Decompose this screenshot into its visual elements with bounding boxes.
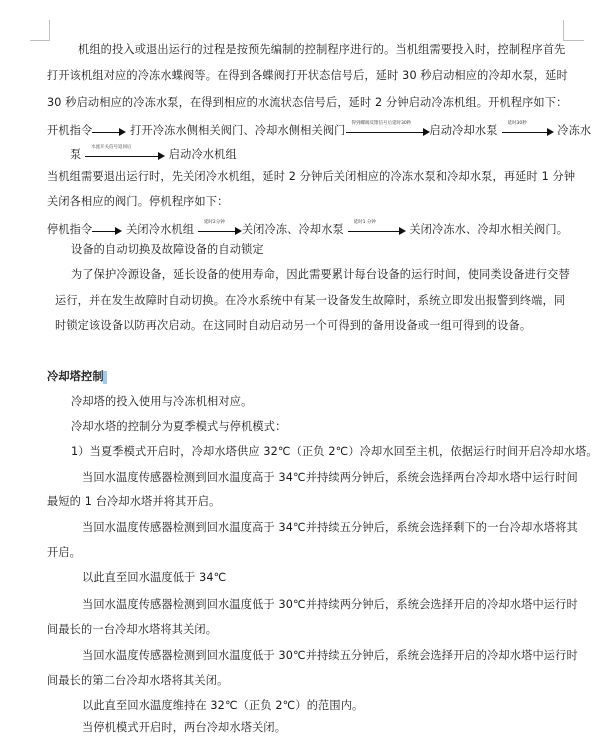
paragraph-line: 间最长的第二台冷却水塔将其关闭。 <box>47 674 228 688</box>
flow-step: 泵 <box>70 148 81 161</box>
paragraph-line: 以此直至回水温度低于 34℃ <box>82 571 226 585</box>
section-subtitle: 设备的自动切换及故障设备的自动锁定 <box>71 243 264 257</box>
shutdown-flow-row: 停机指令 关闭冷水机组 延时2分钟关闭冷冻、冷却水泵 延时1 分钟 关闭冷冻水、… <box>47 219 568 237</box>
flow-arrow-icon: 延时30秒 <box>502 120 554 134</box>
paragraph-line: 当回水温度传感器检测到回水温度低于 30℃并持续两分钟后，系统会选择开启的冷却水… <box>82 598 578 612</box>
paragraph-line: 运行，并在发生故障时自动切换。在冷水系统中有某一设备发生故障时，系统立即发出报警… <box>55 294 565 308</box>
paragraph-line: 关闭各相应的阀门。停机程序如下： <box>47 195 228 209</box>
paragraph-line: 以此直至回水温度维持在 32℃（正负 2℃）的范围内。 <box>82 699 363 713</box>
arrow-label: 水流开关信号返回后 <box>91 141 132 155</box>
paragraph-line: 间最长的一台冷却水塔将其关闭。 <box>47 623 217 637</box>
paragraph-line: 当停机模式开启时，两台冷却水塔关闭。 <box>82 721 286 735</box>
flow-step: 开机指令 <box>47 124 92 137</box>
arrow-label: 延时2分钟 <box>204 216 225 230</box>
paragraph-line: 最短的 1 台冷却水塔并将其开启。 <box>47 495 220 509</box>
flow-arrow-icon <box>92 219 122 233</box>
arrow-label: 延时30秒 <box>508 117 527 131</box>
paragraph-line: 打开该机组对应的冷冻水蝶阀等。在得到各蝶阀打开状态信号后，延时 30 秒启动相应… <box>47 69 568 83</box>
paragraph-line: 当回水温度传感器检测到回水温度高于 34℃并持续五分钟后，系统会选择剩下的一台冷… <box>82 521 578 535</box>
paragraph-line: 30 秒启动相应的冷冻水泵，在得到相应的水流状态信号后，延时 2 分钟启动冷冻机… <box>47 96 567 110</box>
page-corner-mark-top-left <box>30 20 50 41</box>
flow-arrow-icon <box>92 120 126 134</box>
flow-step: 关闭冷冻水、冷却水相关阀门。 <box>409 223 568 236</box>
paragraph-line: 为了保护冷源设备，延长设备的使用寿命，因此需要累计每台设备的运行时间，使同类设备… <box>71 268 570 282</box>
flow-arrow-icon: 水流开关信号返回后 <box>85 144 165 158</box>
page-corner-mark-top-right <box>563 20 584 41</box>
text-cursor <box>103 371 107 384</box>
flow-step: 打开冷冻水侧相关阀门、冷却水侧相关阀门 <box>130 124 345 137</box>
flow-arrow-icon: 得到蝶阀反馈信号后延时30秒 <box>346 120 430 134</box>
paragraph-line: 当回水温度传感器检测到回水温度高于 34℃并持续两分钟后，系统会选择两台冷却水塔… <box>82 471 578 485</box>
flow-arrow-icon: 延时1 分钟 <box>348 219 406 233</box>
arrow-label: 得到蝶阀反馈信号后延时30秒 <box>352 117 412 131</box>
flow-step: 启动冷却水泵 <box>430 124 498 137</box>
flow-step: 关闭冷冻、冷却水泵 <box>242 223 344 236</box>
section-heading: 冷却塔控制 <box>47 370 107 384</box>
flow-arrow-icon: 延时2分钟 <box>198 219 242 233</box>
startup-flow-row-1: 开机指令 打开冷冻水侧相关阀门、冷却水侧相关阀门得到蝶阀反馈信号后延时30秒启动… <box>47 120 591 138</box>
flow-step: 启动冷水机组 <box>169 148 237 161</box>
flow-step: 停机指令 <box>47 223 92 236</box>
paragraph-line: 开启。 <box>47 546 81 560</box>
paragraph-line: 机组的投入或退出运行的过程是按预先编制的控制程序进行的。当机组需要投入时，控制程… <box>78 43 566 57</box>
paragraph-line: 当机组需要退出运行时，先关闭冷水机组，延时 2 分钟后关闭相应的冷冻水泵和冷却水… <box>47 170 575 184</box>
paragraph-line: 冷却塔的投入使用与冷冻机相对应。 <box>71 395 252 409</box>
flow-step: 冷冻水 <box>557 124 591 137</box>
paragraph-line: 时锁定该设备以防再次启动。在这同时自动启动另一个可得到的备用设备或一组可得到的设… <box>55 319 531 333</box>
startup-flow-row-2: 泵 水流开关信号返回后 启动冷水机组 <box>70 144 237 162</box>
flow-step: 关闭冷水机组 <box>126 223 194 236</box>
heading-text: 冷却塔控制 <box>47 370 104 383</box>
paragraph-line: 冷却水塔的控制分为夏季模式与停机模式： <box>71 420 286 434</box>
paragraph-line: 当回水温度传感器检测到回水温度低于 30℃并持续五分钟后，系统会选择开启的冷却水… <box>82 649 578 663</box>
arrow-label: 延时1 分钟 <box>354 216 376 230</box>
paragraph-line: 1）当夏季模式开启时，冷却水塔供应 32℃（正负 2℃）冷却水回至主机，依据运行… <box>71 445 598 459</box>
